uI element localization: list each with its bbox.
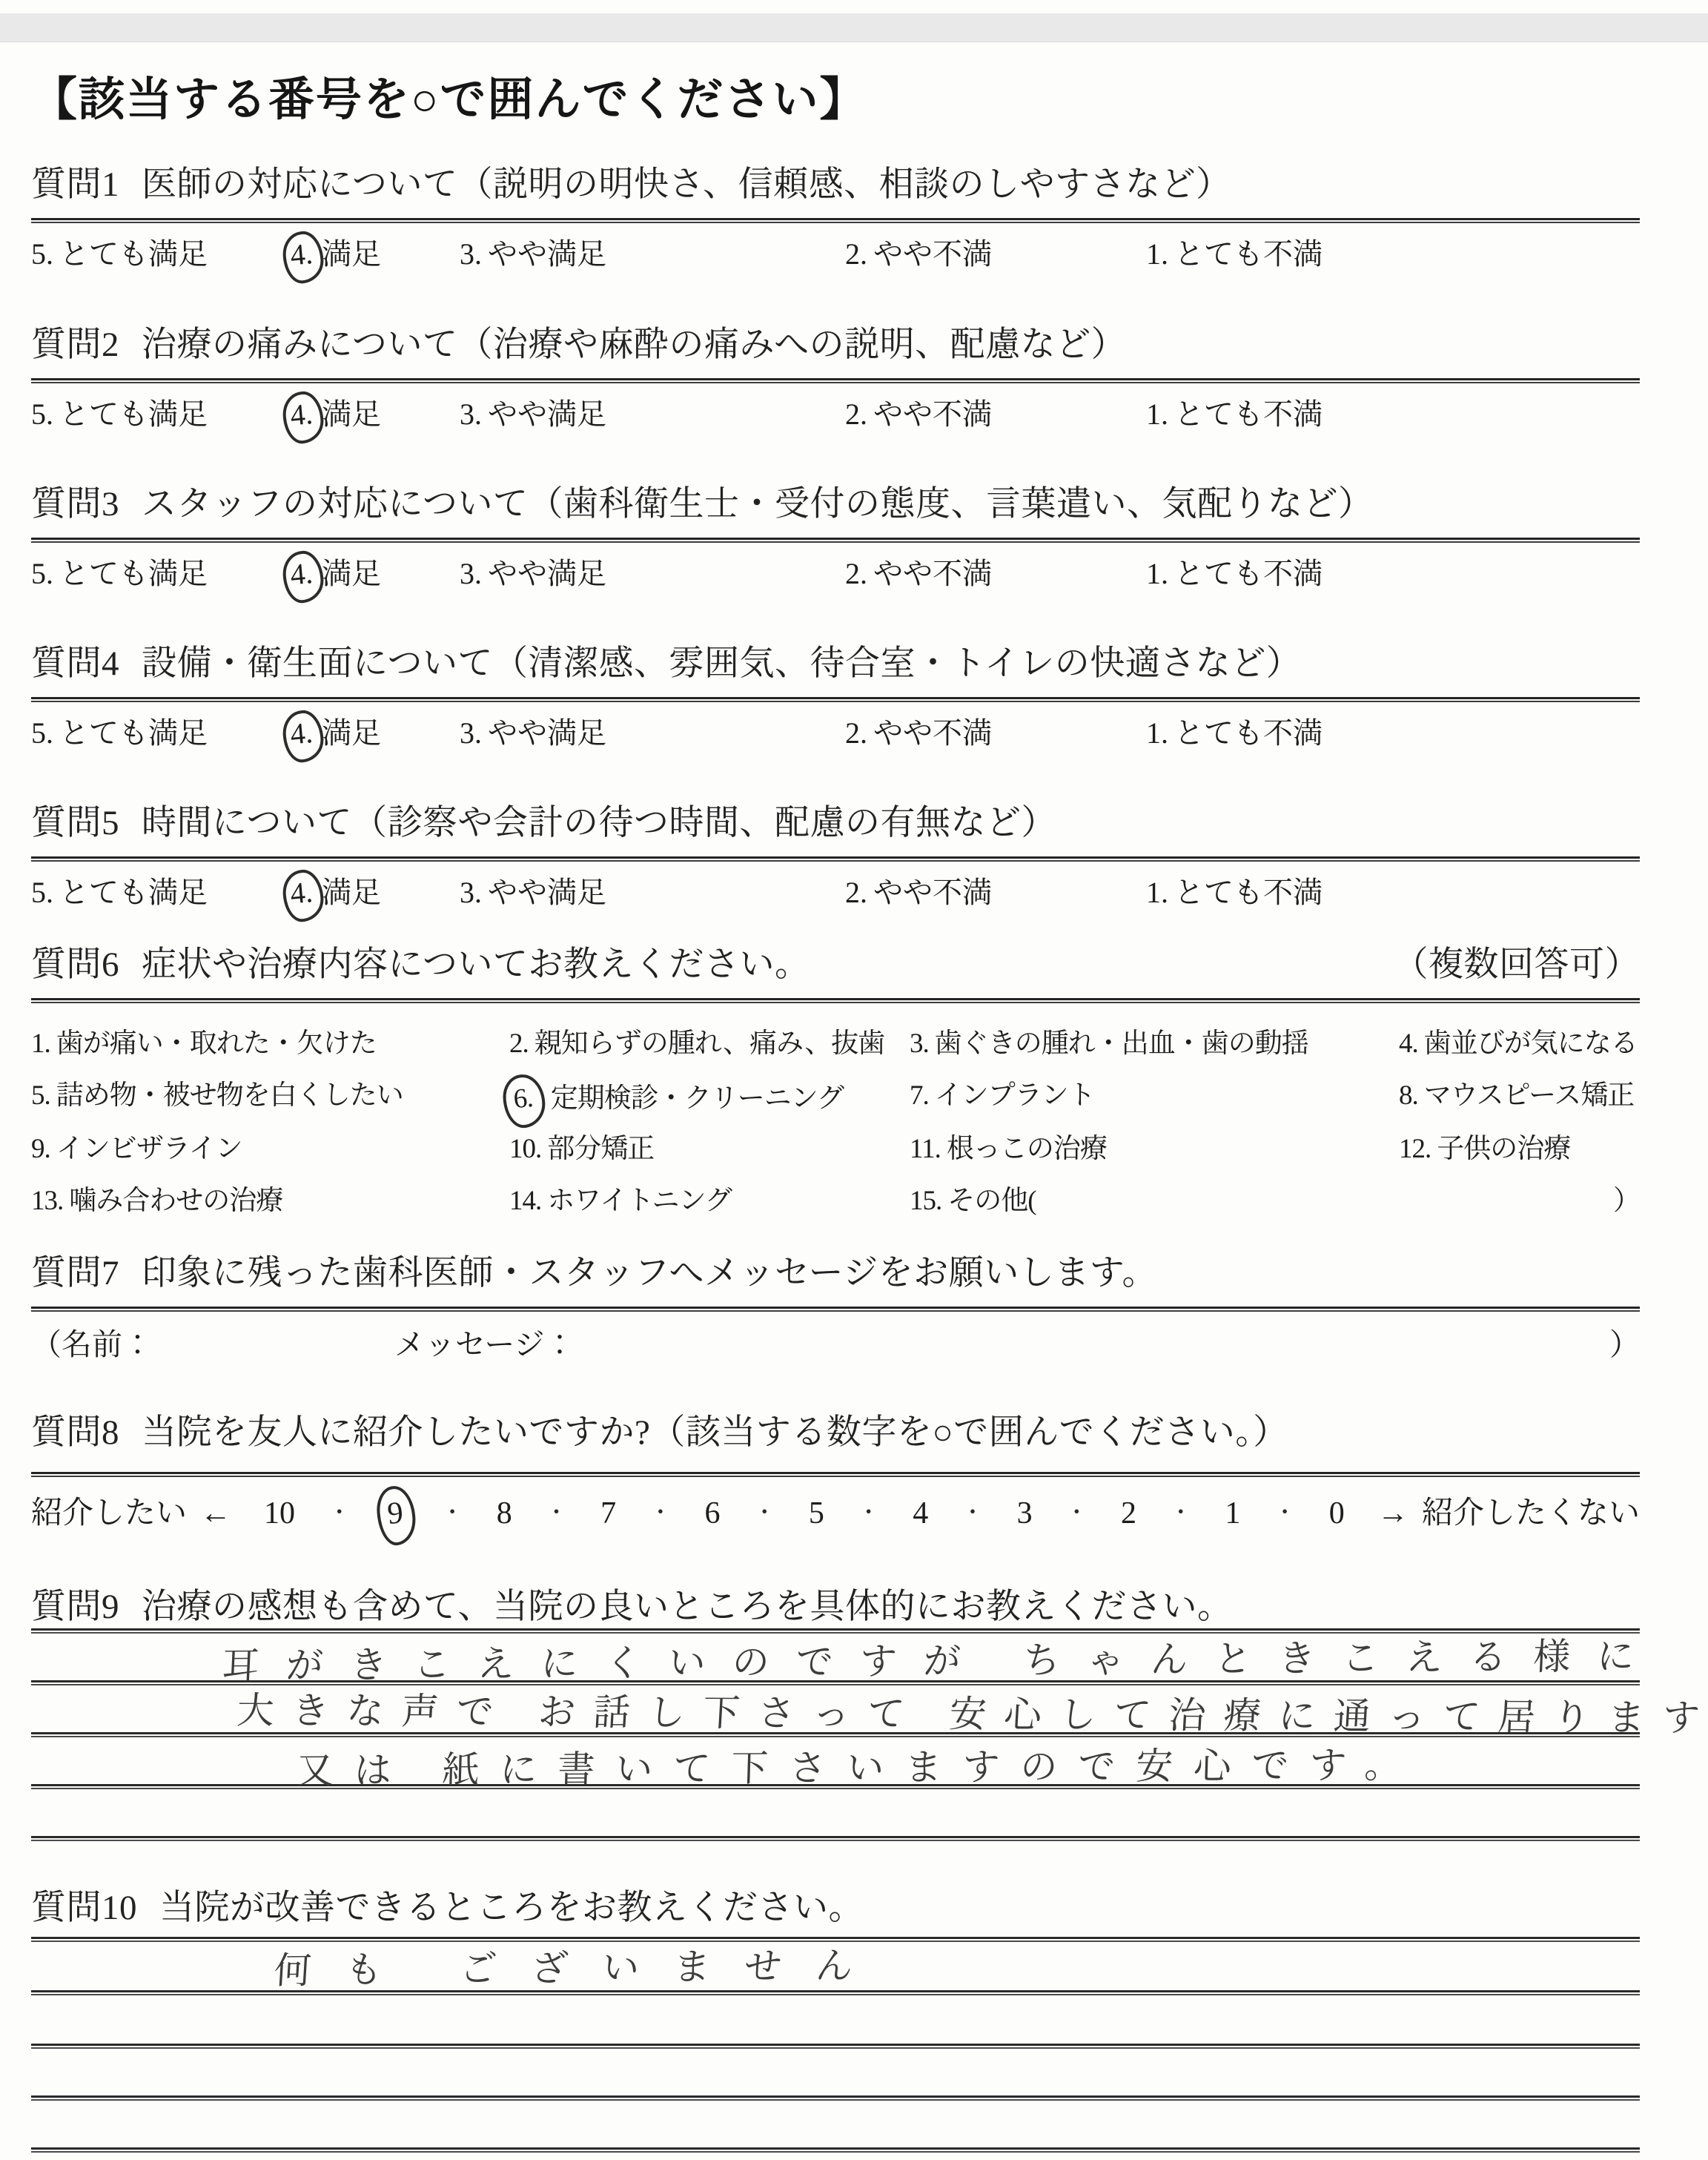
nps-number-4[interactable]: 4 <box>913 1493 928 1533</box>
nps-left-label: 紹介したい <box>31 1493 187 1533</box>
question-5-options: 5.とても満足4.満足3.やや満足2.やや不満1.とても不満 <box>31 874 1640 913</box>
option-label: 満足 <box>322 237 381 271</box>
option-number: 3. <box>460 876 482 909</box>
q6-option-5[interactable]: 5.詰め物・被せ物を白くしたい <box>31 1079 403 1113</box>
nps-number-3[interactable]: 3 <box>1017 1493 1033 1533</box>
divider-rule <box>31 697 1640 702</box>
option-label: とても満足 <box>59 876 208 909</box>
option-label: やや不満 <box>873 557 992 590</box>
option-label: 親知らずの腫れ、痛み、抜歯 <box>534 1028 884 1059</box>
option-number: 5. <box>31 237 53 271</box>
option-label: やや不満 <box>873 876 992 909</box>
option-number: 15. <box>910 1186 941 1216</box>
option-label: やや満足 <box>488 716 606 750</box>
dot-separator: ・ <box>545 1493 567 1533</box>
question-6: 質問6症状や治療内容についてお教えください。 （複数回答可） 1.歯が痛い・取れ… <box>31 943 1640 1229</box>
message-field-label: メッセージ： <box>394 1327 575 1361</box>
scale-option-3[interactable]: 3.やや満足 <box>460 396 845 435</box>
nps-number-5[interactable]: 5 <box>809 1493 824 1533</box>
scale-option-3[interactable]: 3.やや満足 <box>460 555 845 594</box>
dot-separator: ・ <box>1170 1493 1192 1533</box>
option-number: 2. <box>845 557 867 590</box>
option-label: やや不満 <box>873 716 992 750</box>
question-6-title-wrap: 質問6症状や治療内容についてお教えください。 <box>31 943 810 986</box>
divider-rule <box>31 1472 1640 1477</box>
scale-option-2[interactable]: 2.やや不満 <box>845 874 1146 913</box>
option-number: 3. <box>910 1028 929 1059</box>
question-2-title: 治療の痛みについて（治療や麻酔の痛みへの説明、配慮など） <box>142 326 1126 364</box>
option-label: とても満足 <box>59 397 208 431</box>
q6-option-15[interactable]: 15.その他( <box>910 1184 1036 1218</box>
question-7-answer-row: （名前： メッセージ： ） <box>31 1325 1640 1367</box>
option-number: 7. <box>910 1080 929 1111</box>
question-2: 質問2治療の痛みについて（治療や麻酔の痛みへの説明、配慮など） 5.とても満足4… <box>31 323 1640 435</box>
dot-separator: ・ <box>328 1493 351 1533</box>
option-label: とても不満 <box>1174 557 1323 590</box>
scale-option-3[interactable]: 3.やや満足 <box>460 715 845 753</box>
option-label: 歯並びが気になる <box>1424 1028 1638 1059</box>
q6-option-13[interactable]: 13.噛み合わせの治療 <box>31 1184 282 1218</box>
question-3-header: 質問3スタッフの対応について（歯科衛生士・受付の態度、言葉遣い、気配りなど） <box>31 483 1640 526</box>
question-10-header: 質問10当院が改善できるところをお教えください。 <box>31 1886 1640 1929</box>
question-6-label: 質問6 <box>31 945 119 984</box>
option-label: やや満足 <box>488 557 606 590</box>
option-number: 5. <box>31 397 53 431</box>
question-4: 質問4設備・衛生面について（清潔感、雰囲気、待合室・トイレの快適さなど） 5.と… <box>31 642 1640 753</box>
option-label: 満足 <box>322 876 381 909</box>
dot-separator: ・ <box>441 1493 463 1533</box>
question-8-label: 質問8 <box>31 1413 119 1452</box>
scale-option-1[interactable]: 1.とても不満 <box>1146 236 1640 274</box>
divider-rule <box>31 218 1640 223</box>
scale-option-2[interactable]: 2.やや不満 <box>845 555 1146 594</box>
question-1-label: 質問1 <box>31 165 119 204</box>
scale-option-2[interactable]: 2.やや不満 <box>845 715 1146 753</box>
scale-option-5[interactable]: 5.とても満足 <box>31 236 289 274</box>
nps-number-6[interactable]: 6 <box>705 1493 721 1533</box>
q6-option-12[interactable]: 12.子供の治療 <box>1399 1132 1570 1166</box>
q6-option-2[interactable]: 2.親知らずの腫れ、痛み、抜歯 <box>509 1027 884 1061</box>
survey-page: 【該当する番号を○で囲んでください】 質問1医師の対応について（説明の明快さ、信… <box>0 0 1708 2160</box>
question-9-title: 治療の感想も含めて、当院の良いところを具体的にお教えください。 <box>142 1588 1233 1626</box>
option-label: 定期検診・クリーニング <box>551 1083 844 1114</box>
divider-rule <box>31 1307 1640 1312</box>
scale-option-1[interactable]: 1.とても不満 <box>1146 555 1640 594</box>
scale-option-4[interactable]: 4.満足 <box>289 396 460 435</box>
q6-option-6-selected[interactable]: 6.定期検診・クリーニング <box>509 1079 844 1119</box>
option-label: 満足 <box>322 397 381 431</box>
question-1: 質問1医師の対応について（説明の明快さ、信頼感、相談のしやすさなど） 5.とても… <box>31 163 1640 274</box>
option-label: やや満足 <box>488 397 606 431</box>
question-9: 質問9治療の感想も含めて、当院の良いところを具体的にお教えください。 <box>31 1585 1640 1628</box>
question-5-title: 時間について（診察や会計の待つ時間、配慮の有無など） <box>142 804 1056 842</box>
nps-number-2[interactable]: 2 <box>1121 1493 1136 1533</box>
q10-handwritten-line-1[interactable]: 何も ございません <box>273 1935 889 1994</box>
option-number: 3. <box>460 557 482 590</box>
question-10-title: 当院が改善できるところをお教えください。 <box>159 1889 864 1927</box>
scale-option-1[interactable]: 1.とても不満 <box>1146 715 1640 753</box>
question-10-label: 質問10 <box>31 1889 137 1927</box>
circled-answer-mark: 4. <box>281 549 325 604</box>
circled-answer-mark: 4. <box>281 868 325 923</box>
scale-option-1[interactable]: 1.とても不満 <box>1146 874 1640 913</box>
nps-number-1[interactable]: 1 <box>1225 1493 1240 1533</box>
option-label: とても不満 <box>1174 397 1323 431</box>
divider-rule <box>31 856 1640 862</box>
option-label: とても満足 <box>59 557 208 590</box>
option-number: 10. <box>509 1134 541 1164</box>
scale-option-3[interactable]: 3.やや満足 <box>460 874 845 913</box>
question-2-options: 5.とても満足4.満足3.やや満足2.やや不満1.とても不満 <box>31 396 1640 435</box>
option-number: 1. <box>1146 237 1168 271</box>
option-number: 3. <box>460 716 482 750</box>
name-field-label: （名前： <box>31 1327 153 1361</box>
circled-answer-mark: 4. <box>281 390 325 445</box>
question-5: 質問5時間について（診察や会計の待つ時間、配慮の有無など） 5.とても満足4.満… <box>31 802 1640 913</box>
circled-answer-mark: 4. <box>281 709 325 764</box>
divider-rule <box>31 538 1640 543</box>
question-3-options: 5.とても満足4.満足3.やや満足2.やや不満1.とても不満 <box>31 555 1640 594</box>
nps-scale-row: 紹介したい ← 10・9・8・7・6・5・4・3・2・1・0 → 紹介したくない <box>31 1490 1640 1536</box>
option-label: とても不満 <box>1174 876 1323 909</box>
option-label: 子供の治療 <box>1437 1134 1570 1164</box>
divider-rule <box>31 378 1640 383</box>
q6-row-1: 1.歯が痛い・取れた・欠けた 2.親知らずの腫れ、痛み、抜歯 3.歯ぐきの腫れ・… <box>31 1027 1640 1071</box>
left-arrow-icon: ← <box>200 1493 231 1533</box>
question-6-options: 1.歯が痛い・取れた・欠けた 2.親知らずの腫れ、痛み、抜歯 3.歯ぐきの腫れ・… <box>31 1014 1640 1229</box>
q9-handwritten-line-1[interactable]: 耳がきこえにくいのですが ちゃんときこえる様に <box>221 1626 1662 1690</box>
q6-option-15-closing-paren: ） <box>1613 1184 1640 1218</box>
writing-line <box>31 1836 1640 1841</box>
divider-rule <box>31 998 1640 1003</box>
question-1-title: 医師の対応について（説明の明快さ、信頼感、相談のしやすさなど） <box>142 165 1231 204</box>
option-number: 1. <box>1146 397 1168 431</box>
scale-option-4[interactable]: 4.満足 <box>289 236 460 274</box>
option-number: 1. <box>1146 716 1168 750</box>
option-number: 4. <box>1399 1028 1418 1059</box>
option-label: やや満足 <box>488 237 606 271</box>
q9-handwritten-line-3[interactable]: 又は 紙に書いて下さいますので安心です。 <box>296 1735 1423 1794</box>
name-field-wrap: （名前： <box>31 1325 286 1364</box>
question-6-title: 症状や治療内容についてお教えください。 <box>142 945 810 984</box>
option-label: 満足 <box>322 716 381 750</box>
q6-option-14[interactable]: 14.ホワイトニング <box>509 1184 732 1218</box>
option-label: 歯ぐきの腫れ・出血・歯の動揺 <box>935 1028 1308 1059</box>
question-1-options: 5.とても満足4.満足3.やや満足2.やや不満1.とても不満 <box>31 236 1640 274</box>
option-number: 13. <box>31 1186 63 1216</box>
option-number: 2. <box>845 876 867 909</box>
q6-row-2: 5.詰め物・被せ物を白くしたい 6.定期検診・クリーニング 7.インプラント 8… <box>31 1079 1640 1123</box>
circled-answer-mark: 4. <box>281 230 325 285</box>
question-5-label: 質問5 <box>31 804 119 842</box>
option-label: 詰め物・被せ物を白くしたい <box>56 1080 403 1111</box>
message-field-wrap: メッセージ： <box>394 1325 709 1364</box>
q6-option-8[interactable]: 8.マウスピース矯正 <box>1399 1079 1634 1113</box>
scale-option-5[interactable]: 5.とても満足 <box>31 396 289 435</box>
scale-option-2[interactable]: 2.やや不満 <box>845 396 1146 435</box>
scale-option-3[interactable]: 3.やや満足 <box>460 236 845 274</box>
question-5-header: 質問5時間について（診察や会計の待つ時間、配慮の有無など） <box>31 802 1640 845</box>
question-7-header: 質問7印象に残った歯科医師・スタッフへメッセージをお願いします。 <box>31 1252 1640 1295</box>
scale-option-5[interactable]: 5.とても満足 <box>31 555 289 594</box>
option-label: マウスピース矯正 <box>1424 1080 1635 1111</box>
q6-option-7[interactable]: 7.インプラント <box>910 1079 1095 1113</box>
q6-option-11[interactable]: 11.根っこの治療 <box>910 1132 1107 1166</box>
question-8-title: 当院を友人に紹介したいですか?（該当する数字を○で囲んでください。） <box>142 1413 1288 1452</box>
writing-line <box>31 2044 1640 2049</box>
q6-option-10[interactable]: 10.部分矯正 <box>509 1132 654 1166</box>
option-number: 5. <box>31 557 53 590</box>
option-number: 14. <box>509 1186 541 1216</box>
option-number: 1. <box>1146 557 1168 590</box>
question-6-note: （複数回答可） <box>1394 943 1641 986</box>
option-label: 根っこの治療 <box>947 1134 1107 1164</box>
option-label: とても満足 <box>59 716 208 750</box>
nps-number-10[interactable]: 10 <box>264 1493 295 1533</box>
dot-separator: ・ <box>753 1493 775 1533</box>
option-label: やや不満 <box>873 397 992 431</box>
scale-option-1[interactable]: 1.とても不満 <box>1146 396 1640 435</box>
option-label: とても満足 <box>59 237 208 271</box>
option-label: 噛み合わせの治療 <box>69 1186 282 1216</box>
scale-option-4[interactable]: 4.満足 <box>289 715 460 753</box>
nps-right-label: 紹介したくない <box>1422 1493 1640 1533</box>
question-6-header: 質問6症状や治療内容についてお教えください。 （複数回答可） <box>31 943 1640 986</box>
option-number: 2. <box>509 1028 529 1059</box>
question-3: 質問3スタッフの対応について（歯科衛生士・受付の態度、言葉遣い、気配りなど） 5… <box>31 483 1640 594</box>
dot-separator: ・ <box>1274 1493 1296 1533</box>
question-3-label: 質問3 <box>31 485 119 524</box>
q9-handwritten-line-2[interactable]: 大きな声で お話し下さって 安心して治療に通って居ります。 <box>236 1681 1708 1743</box>
q6-option-4[interactable]: 4.歯並びが気になる <box>1399 1027 1638 1061</box>
question-1-header: 質問1医師の対応について（説明の明快さ、信頼感、相談のしやすさなど） <box>31 163 1640 206</box>
question-2-header: 質問2治療の痛みについて（治療や麻酔の痛みへの説明、配慮など） <box>31 323 1640 366</box>
option-label: とても不満 <box>1174 716 1323 750</box>
question-8: 質問8当院を友人に紹介したいですか?（該当する数字を○で囲んでください。） 紹介… <box>31 1411 1640 1536</box>
scale-option-5[interactable]: 5.とても満足 <box>31 715 289 753</box>
scale-option-5[interactable]: 5.とても満足 <box>31 874 289 913</box>
option-label: 満足 <box>322 557 381 590</box>
page-title: 【該当する番号を○で囲んでください】 <box>31 62 867 128</box>
circled-answer-mark: 6. <box>501 1073 547 1130</box>
option-label: その他( <box>947 1186 1036 1216</box>
option-number: 1. <box>31 1028 50 1059</box>
nps-number-7[interactable]: 7 <box>600 1493 616 1533</box>
question-9-header: 質問9治療の感想も含めて、当院の良いところを具体的にお教えください。 <box>31 1585 1640 1628</box>
right-arrow-icon: → <box>1377 1493 1409 1533</box>
question-3-title: スタッフの対応について（歯科衛生士・受付の態度、言葉遣い、気配りなど） <box>142 485 1374 524</box>
nps-number-0[interactable]: 0 <box>1329 1493 1345 1533</box>
dot-separator: ・ <box>649 1493 672 1533</box>
scan-artifact-band <box>0 13 1708 42</box>
nps-numbers: 10・9・8・7・6・5・4・3・2・1・0 <box>264 1490 1345 1536</box>
nps-number-9-circled[interactable]: 9 <box>375 1484 418 1547</box>
option-label: 部分矯正 <box>547 1134 654 1164</box>
question-8-header: 質問8当院を友人に紹介したいですか?（該当する数字を○で囲んでください。） <box>31 1411 1640 1454</box>
option-number: 5. <box>31 716 53 750</box>
option-number: 11. <box>910 1134 941 1164</box>
option-number: 2. <box>845 716 867 750</box>
dot-separator: ・ <box>1065 1493 1088 1533</box>
option-number: 1. <box>1146 876 1168 909</box>
option-number: 5. <box>31 1080 50 1111</box>
question-4-options: 5.とても満足4.満足3.やや満足2.やや不満1.とても不満 <box>31 715 1640 753</box>
nps-number-8[interactable]: 8 <box>497 1493 512 1533</box>
question-4-title: 設備・衛生面について（清潔感、雰囲気、待合室・トイレの快適さなど） <box>142 644 1301 683</box>
question-2-label: 質問2 <box>31 326 119 364</box>
question-7: 質問7印象に残った歯科医師・スタッフへメッセージをお願いします。 （名前： メッ… <box>31 1252 1640 1367</box>
option-number: 12. <box>1399 1134 1431 1164</box>
scale-option-2[interactable]: 2.やや不満 <box>845 236 1146 274</box>
question-7-title: 印象に残った歯科医師・スタッフへメッセージをお願いします。 <box>142 1254 1157 1292</box>
q6-row-4: 13.噛み合わせの治療 14.ホワイトニング 15.その他( ） <box>31 1184 1640 1229</box>
option-label: インプラント <box>935 1080 1095 1111</box>
option-number: 5. <box>31 876 53 909</box>
q6-option-3[interactable]: 3.歯ぐきの腫れ・出血・歯の動揺 <box>910 1027 1308 1061</box>
option-label: やや不満 <box>873 237 992 271</box>
option-label: とても不満 <box>1174 237 1323 271</box>
writing-line <box>31 2095 1640 2101</box>
q6-option-1[interactable]: 1.歯が痛い・取れた・欠けた <box>31 1027 377 1061</box>
q6-option-9[interactable]: 9.インビザライン <box>31 1132 242 1166</box>
option-number: 9. <box>31 1134 50 1164</box>
option-number: 8. <box>1399 1080 1418 1111</box>
scale-option-4[interactable]: 4.満足 <box>289 874 460 913</box>
question-10: 質問10当院が改善できるところをお教えください。 <box>31 1886 1640 1929</box>
option-label: ホワイトニング <box>547 1186 732 1216</box>
option-number: 3. <box>460 237 482 271</box>
q6-row-3: 9.インビザライン 10.部分矯正 11.根っこの治療 12.子供の治療 <box>31 1132 1640 1177</box>
question-7-label: 質問7 <box>31 1254 119 1292</box>
question-4-header: 質問4設備・衛生面について（清潔感、雰囲気、待合室・トイレの快適さなど） <box>31 642 1640 685</box>
option-label: インビザライン <box>56 1134 242 1164</box>
dot-separator: ・ <box>858 1493 880 1533</box>
option-label: 歯が痛い・取れた・欠けた <box>56 1028 377 1059</box>
option-number: 2. <box>845 237 867 271</box>
option-label: やや満足 <box>488 876 606 909</box>
writing-line <box>31 2147 1640 2153</box>
scale-option-4[interactable]: 4.満足 <box>289 555 460 594</box>
option-number: 2. <box>845 397 867 431</box>
closing-paren: ） <box>1609 1325 1640 1364</box>
option-number: 3. <box>460 397 482 431</box>
question-4-label: 質問4 <box>31 644 119 683</box>
question-9-label: 質問9 <box>31 1588 119 1626</box>
dot-separator: ・ <box>961 1493 984 1533</box>
